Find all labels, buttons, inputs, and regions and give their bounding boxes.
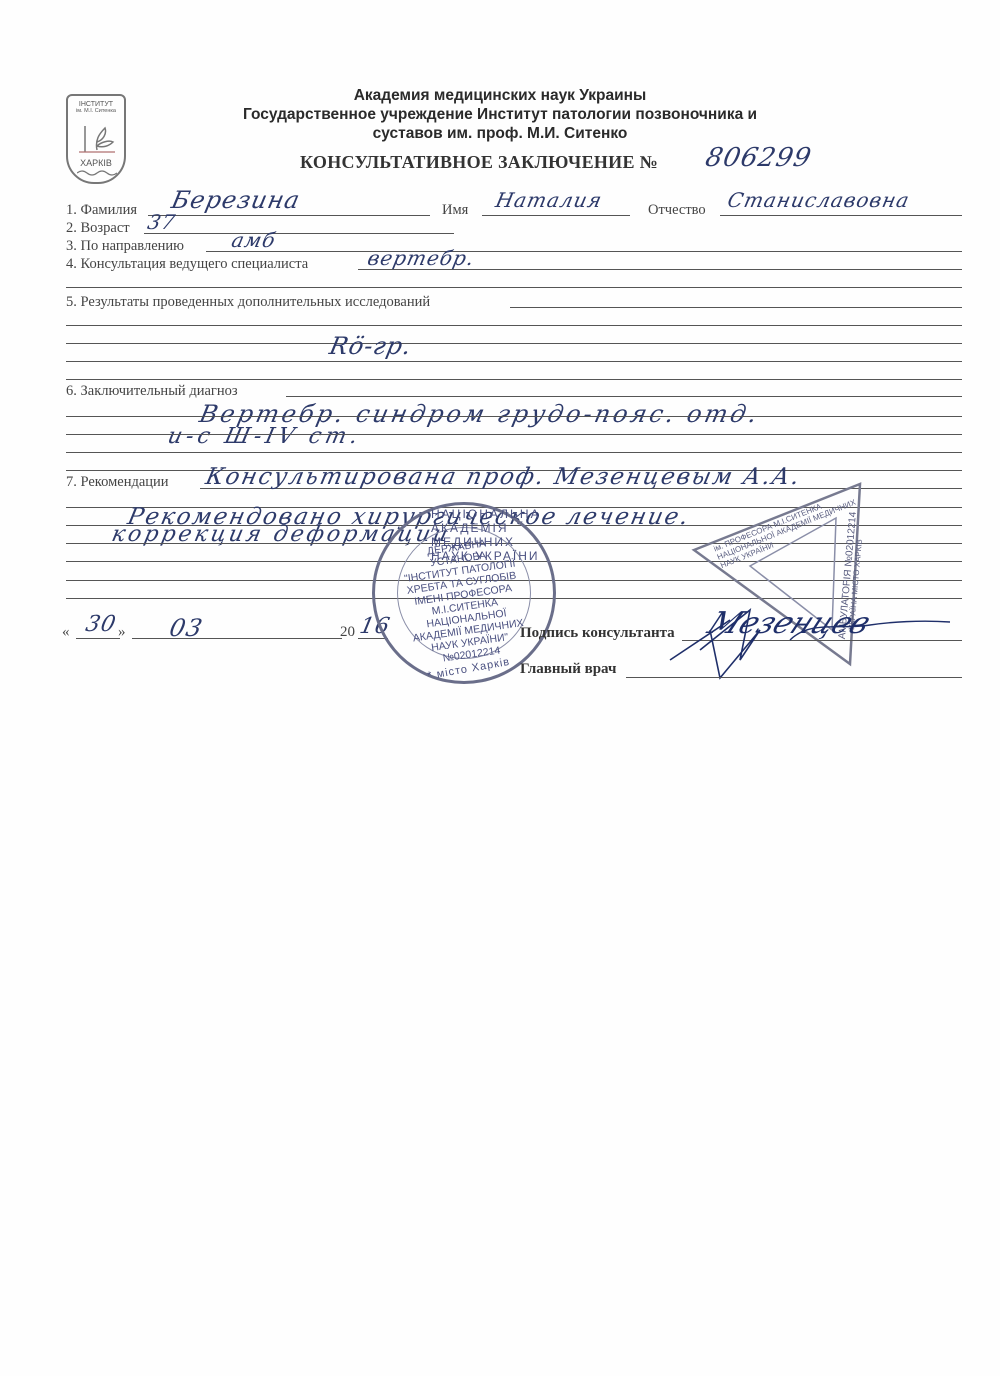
header-academy: Академия медицинских наук Украины [180,86,820,105]
date-close-quote: » [118,624,126,641]
header-institution-cont: суставов им. проф. М.И. Ситенко [180,124,820,143]
specialist-value: вертебр. [365,246,477,270]
logo-plant-icon [77,122,117,156]
referral-value: амб [229,228,278,252]
age-value: 37 [145,210,178,234]
patronymic-value: Станиславовна [725,188,912,212]
signature-stroke-icon [640,600,970,680]
official-round-stamp: НАЦІОНАЛЬНА АКАДЕМІЯ МЕДИЧНИХ НАУК УКРАЇ… [372,502,556,684]
logo-city: ХАРКІВ [68,158,124,168]
diagnosis-line2: и-с Ш-IV ст. [165,424,364,449]
logo-wave-icon [77,169,117,177]
diagnosis-label: 6. Заключительный диагноз [66,383,238,400]
logo-text-line1: ІНСТИТУТ [68,101,124,108]
patronymic-label: Отчество [648,202,706,219]
age-label: 2. Возраст [66,220,130,237]
institute-logo: ІНСТИТУТ ім. М.І. Ситенка ХАРКІВ [66,94,126,184]
name-label: Имя [442,202,468,219]
referral-label: 3. По направлению [66,238,184,255]
results-value: Rö-гр. [327,332,415,360]
specialist-label: 4. Консультация ведущего специалиста [66,256,308,273]
name-value: Наталия [493,188,604,212]
recommendations-label: 7. Рекомендации [66,474,169,491]
document-title: КОНСУЛЬТАТИВНОЕ ЗАКЛЮЧЕНИЕ № [300,152,658,173]
surname-label: 1. Фамилия [66,202,137,219]
date-month: 03 [167,614,205,642]
surname-value: Березина [169,186,303,214]
header-institution: Государственное учреждение Институт пато… [180,105,820,124]
logo-text-line2: ім. М.І. Ситенка [68,108,124,114]
date-open-quote: « [62,624,70,641]
results-label: 5. Результаты проведенных дополнительных… [66,294,430,311]
document-number: 806299 [703,143,815,173]
date-day: 30 [83,612,118,637]
chief-doctor-label: Главный врач [520,661,616,678]
date-year-prefix: 20 [340,624,355,641]
